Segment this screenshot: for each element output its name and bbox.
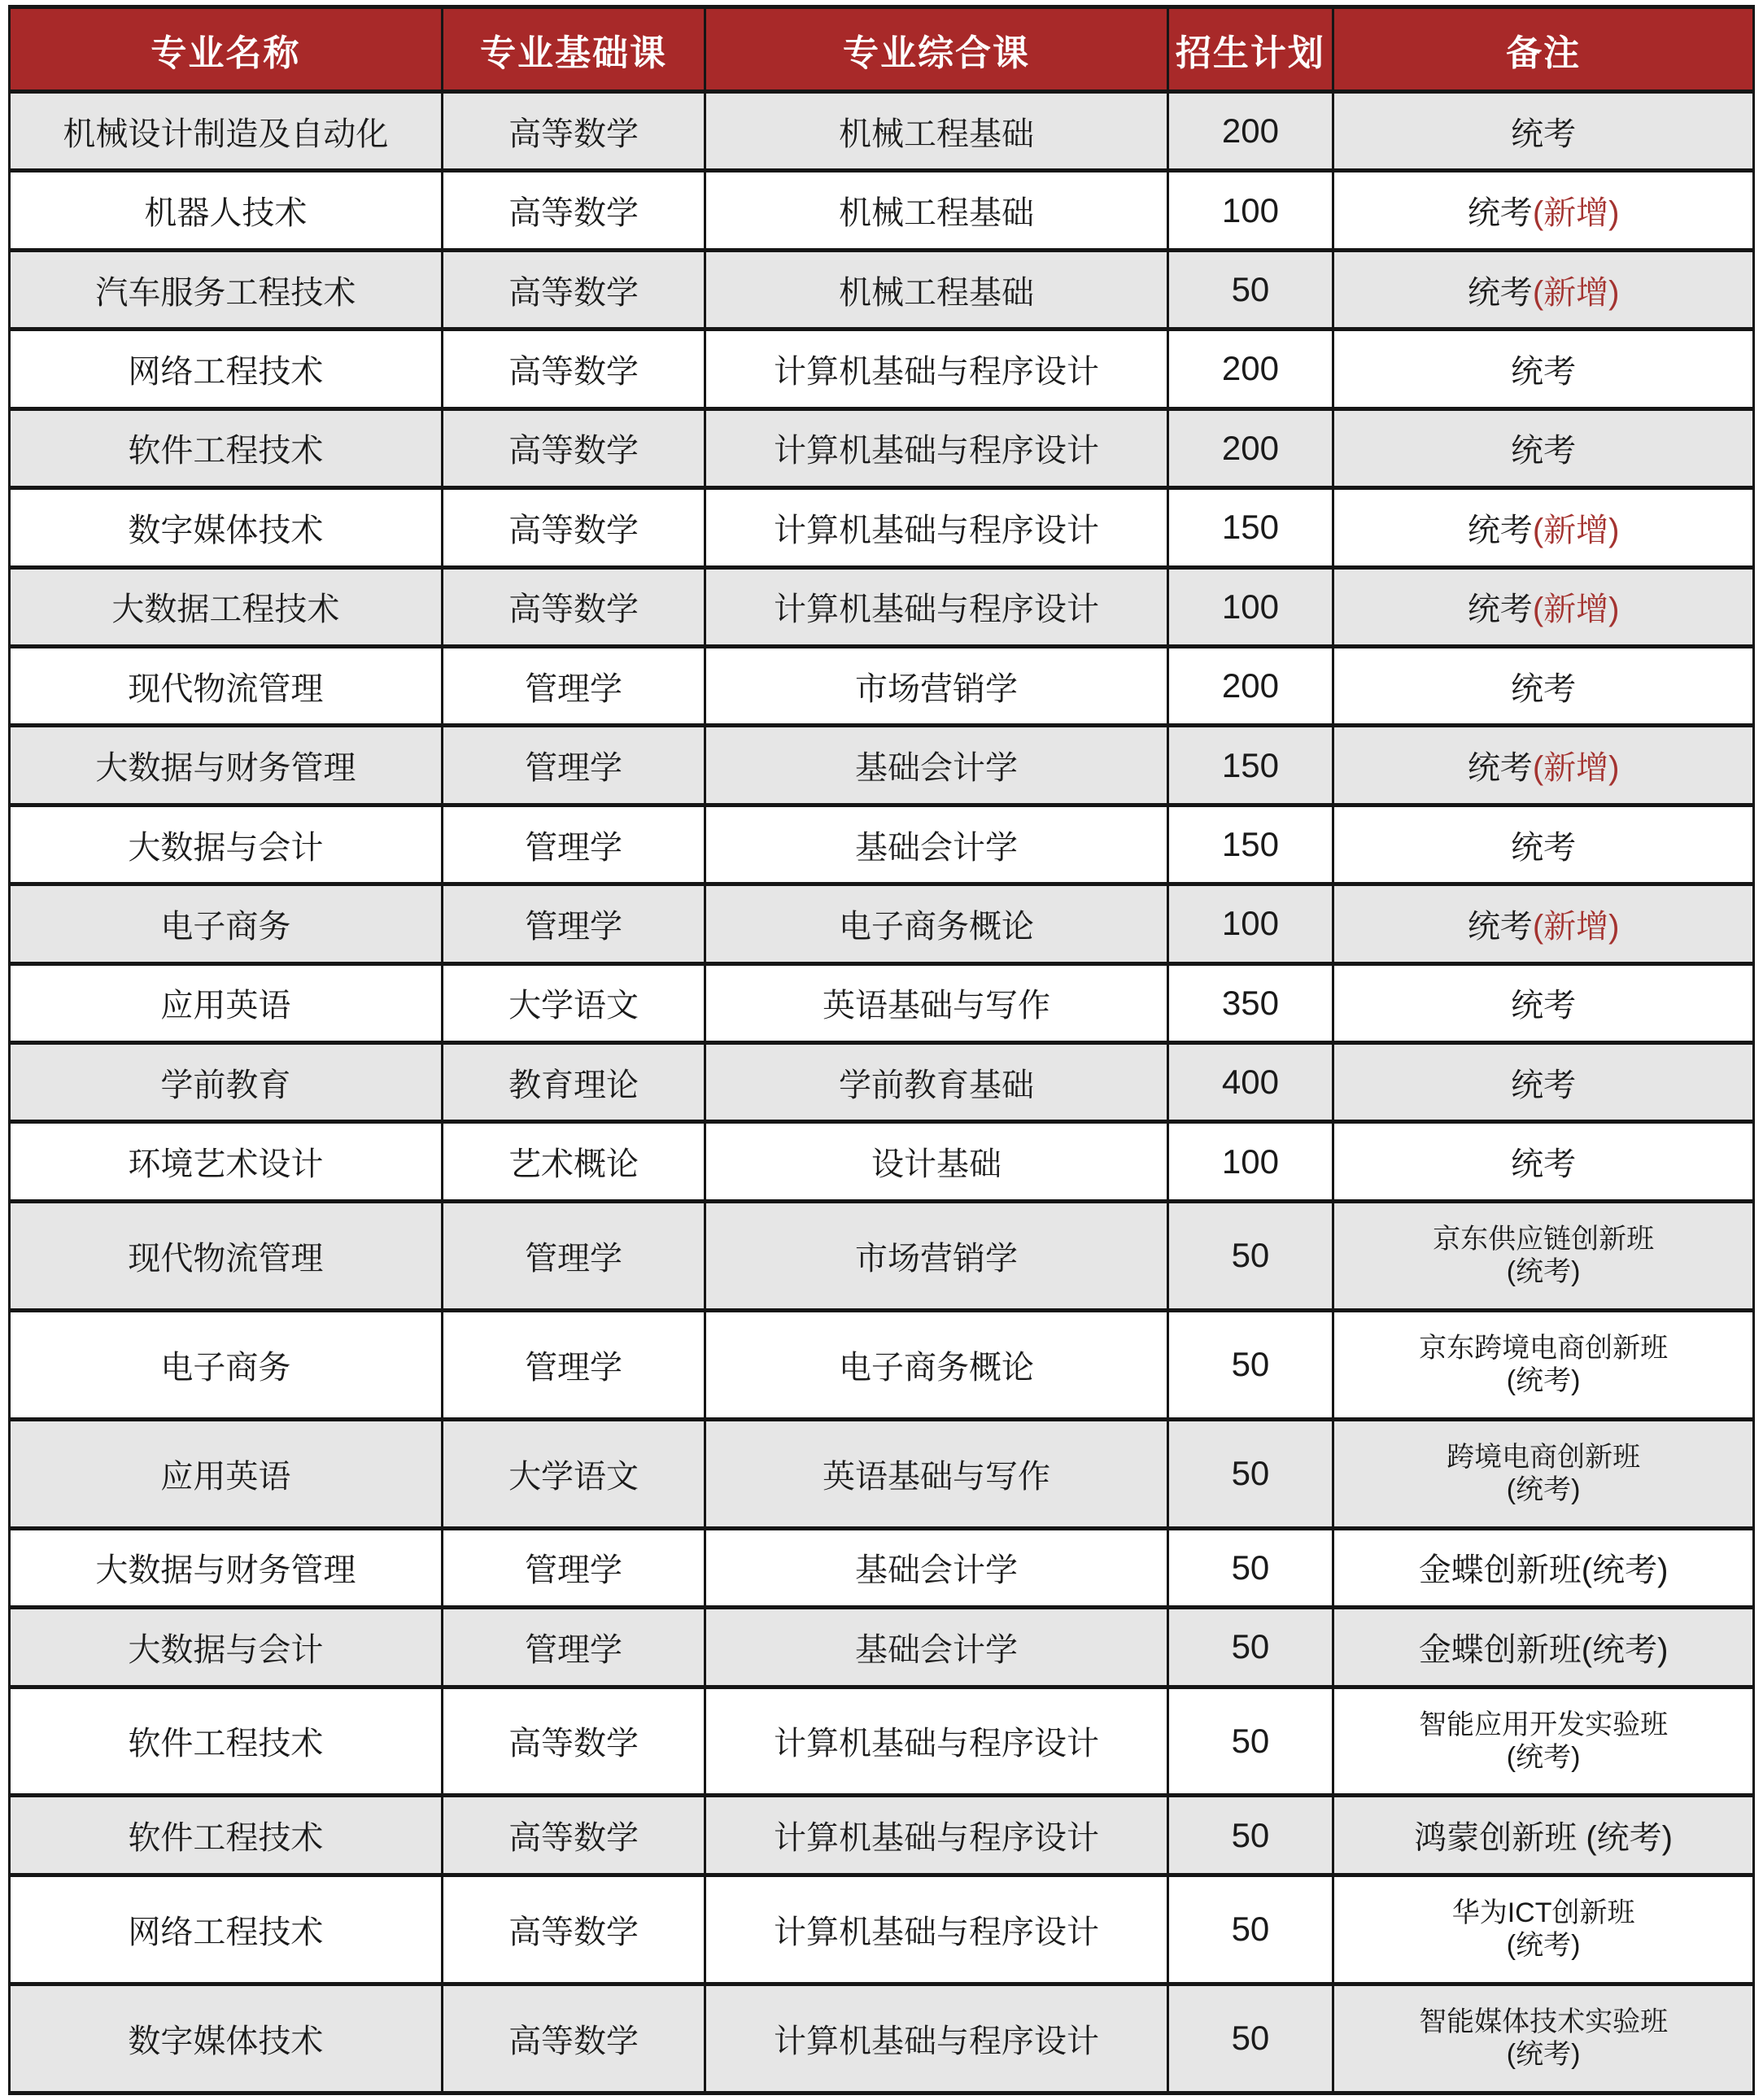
comprehensive-course-cell: 英语基础与写作 xyxy=(705,963,1167,1042)
enrollment-plan-cell: 50 xyxy=(1167,1201,1333,1310)
remark-cell: 统考 xyxy=(1333,646,1754,725)
basic-course-cell: 高等数学 xyxy=(442,330,705,408)
major-name-cell: 软件工程技术 xyxy=(10,1796,443,1875)
remark-text: 统考 xyxy=(1511,1067,1576,1103)
enrollment-plan-cell: 50 xyxy=(1167,250,1333,329)
comprehensive-course-cell: 市场营销学 xyxy=(705,1201,1167,1310)
comprehensive-course-cell: 计算机基础与程序设计 xyxy=(705,1687,1167,1796)
remark-cell: 金蝶创新班(统考) xyxy=(1333,1528,1754,1607)
remark-cell: 统考 xyxy=(1333,963,1754,1042)
major-name-cell: 机械设计制造及自动化 xyxy=(10,92,443,171)
column-header-remarks: 备注 xyxy=(1333,7,1754,92)
remark-new-tag: (新增) xyxy=(1533,909,1620,945)
table-row: 网络工程技术 高等数学 计算机基础与程序设计 50 华为ICT创新班(统考) xyxy=(10,1875,1754,1984)
enrollment-plan-cell: 150 xyxy=(1167,488,1333,567)
major-name-cell: 软件工程技术 xyxy=(10,408,443,487)
table-row: 大数据与会计 管理学 基础会计学 50 金蝶创新班(统考) xyxy=(10,1608,1754,1687)
enrollment-plan-cell: 50 xyxy=(1167,1528,1333,1607)
basic-course-cell: 高等数学 xyxy=(442,1687,705,1796)
major-name-cell: 大数据与会计 xyxy=(10,805,443,884)
remark-text: 统考 xyxy=(1468,195,1533,231)
basic-course-cell: 高等数学 xyxy=(442,1796,705,1875)
comprehensive-course-cell: 基础会计学 xyxy=(705,726,1167,805)
remark-cell: 统考 xyxy=(1333,1122,1754,1201)
comprehensive-course-cell: 计算机基础与程序设计 xyxy=(705,1796,1167,1875)
major-name-cell: 大数据与会计 xyxy=(10,1608,443,1687)
basic-course-cell: 高等数学 xyxy=(442,92,705,171)
major-name-cell: 学前教育 xyxy=(10,1043,443,1122)
enrollment-plan-cell: 200 xyxy=(1167,330,1333,408)
table-row: 软件工程技术 高等数学 计算机基础与程序设计 200 统考 xyxy=(10,408,1754,487)
comprehensive-course-cell: 计算机基础与程序设计 xyxy=(705,1984,1167,2093)
enrollment-plan-cell: 50 xyxy=(1167,1687,1333,1796)
table-row: 机器人技术 高等数学 机械工程基础 100 统考(新增) xyxy=(10,171,1754,250)
remark-text: 统考 xyxy=(1468,513,1533,548)
remark-cell: 统考 xyxy=(1333,92,1754,171)
comprehensive-course-cell: 基础会计学 xyxy=(705,1608,1167,1687)
comprehensive-course-cell: 计算机基础与程序设计 xyxy=(705,1875,1167,1984)
basic-course-cell: 管理学 xyxy=(442,884,705,963)
basic-course-cell: 高等数学 xyxy=(442,250,705,329)
major-name-cell: 机器人技术 xyxy=(10,171,443,250)
comprehensive-course-cell: 计算机基础与程序设计 xyxy=(705,488,1167,567)
remark-cell: 统考(新增) xyxy=(1333,726,1754,805)
remark-cell: 统考(新增) xyxy=(1333,250,1754,329)
comprehensive-course-cell: 计算机基础与程序设计 xyxy=(705,408,1167,487)
enrollment-plan-cell: 50 xyxy=(1167,1875,1333,1984)
enrollment-plan-cell: 200 xyxy=(1167,408,1333,487)
major-name-cell: 网络工程技术 xyxy=(10,330,443,408)
remark-text: 京东供应链创新班 xyxy=(1433,1224,1654,1255)
remark-cell: 统考 xyxy=(1333,330,1754,408)
table-row: 现代物流管理 管理学 市场营销学 200 统考 xyxy=(10,646,1754,725)
table-row: 软件工程技术 高等数学 计算机基础与程序设计 50 智能应用开发实验班(统考) xyxy=(10,1687,1754,1796)
remark-text: 智能媒体技术实验班 xyxy=(1419,2006,1668,2037)
major-name-cell: 大数据与财务管理 xyxy=(10,1528,443,1607)
remark-cell: 统考(新增) xyxy=(1333,567,1754,646)
table-row: 汽车服务工程技术 高等数学 机械工程基础 50 统考(新增) xyxy=(10,250,1754,329)
remark-second-line: (统考) xyxy=(1339,1741,1748,1774)
comprehensive-course-cell: 基础会计学 xyxy=(705,805,1167,884)
comprehensive-course-cell: 电子商务概论 xyxy=(705,884,1167,963)
table-row: 大数据与财务管理 管理学 基础会计学 50 金蝶创新班(统考) xyxy=(10,1528,1754,1607)
comprehensive-course-cell: 计算机基础与程序设计 xyxy=(705,330,1167,408)
major-name-cell: 电子商务 xyxy=(10,884,443,963)
remark-new-tag: (新增) xyxy=(1533,275,1620,311)
comprehensive-course-cell: 设计基础 xyxy=(705,1122,1167,1201)
major-name-cell: 网络工程技术 xyxy=(10,1875,443,1984)
table-row: 电子商务 管理学 电子商务概论 100 统考(新增) xyxy=(10,884,1754,963)
remark-text: 跨境电商创新班 xyxy=(1447,1442,1640,1473)
basic-course-cell: 管理学 xyxy=(442,646,705,725)
basic-course-cell: 艺术概论 xyxy=(442,1122,705,1201)
remark-text: 华为ICT创新班 xyxy=(1452,1897,1635,1928)
table-row: 电子商务 管理学 电子商务概论 50 京东跨境电商创新班(统考) xyxy=(10,1310,1754,1419)
remark-cell: 智能应用开发实验班(统考) xyxy=(1333,1687,1754,1796)
basic-course-cell: 高等数学 xyxy=(442,408,705,487)
remark-text: 金蝶创新班(统考) xyxy=(1419,1552,1669,1588)
comprehensive-course-cell: 机械工程基础 xyxy=(705,92,1167,171)
comprehensive-course-cell: 基础会计学 xyxy=(705,1528,1167,1607)
column-header-basic-course: 专业基础课 xyxy=(442,7,705,92)
remark-cell: 统考 xyxy=(1333,1043,1754,1122)
remark-second-line: (统考) xyxy=(1339,1364,1748,1397)
table-row: 网络工程技术 高等数学 计算机基础与程序设计 200 统考 xyxy=(10,330,1754,408)
comprehensive-course-cell: 计算机基础与程序设计 xyxy=(705,567,1167,646)
table-row: 应用英语 大学语文 英语基础与写作 50 跨境电商创新班(统考) xyxy=(10,1419,1754,1528)
remark-cell: 统考(新增) xyxy=(1333,488,1754,567)
remark-cell: 统考 xyxy=(1333,805,1754,884)
table-row: 大数据与会计 管理学 基础会计学 150 统考 xyxy=(10,805,1754,884)
table-header: 专业名称 专业基础课 专业综合课 招生计划 备注 xyxy=(10,7,1754,92)
major-name-cell: 环境艺术设计 xyxy=(10,1122,443,1201)
remark-second-line: (统考) xyxy=(1339,1255,1748,1288)
remark-second-line: (统考) xyxy=(1339,2038,1748,2071)
comprehensive-course-cell: 市场营销学 xyxy=(705,646,1167,725)
table-row: 数字媒体技术 高等数学 计算机基础与程序设计 150 统考(新增) xyxy=(10,488,1754,567)
basic-course-cell: 高等数学 xyxy=(442,1984,705,2093)
basic-course-cell: 高等数学 xyxy=(442,488,705,567)
enrollment-plan-cell: 100 xyxy=(1167,567,1333,646)
remark-text: 统考 xyxy=(1468,750,1533,786)
enrollment-plan-cell: 150 xyxy=(1167,805,1333,884)
basic-course-cell: 管理学 xyxy=(442,805,705,884)
remark-cell: 鸿蒙创新班 (统考) xyxy=(1333,1796,1754,1875)
major-name-cell: 应用英语 xyxy=(10,963,443,1042)
table-row: 应用英语 大学语文 英语基础与写作 350 统考 xyxy=(10,963,1754,1042)
table-row: 环境艺术设计 艺术概论 设计基础 100 统考 xyxy=(10,1122,1754,1201)
remark-text: 统考 xyxy=(1468,592,1533,627)
remark-cell: 京东跨境电商创新班(统考) xyxy=(1333,1310,1754,1419)
enrollment-plan-cell: 200 xyxy=(1167,92,1333,171)
remark-second-line: (统考) xyxy=(1339,1473,1748,1506)
remark-cell: 统考 xyxy=(1333,408,1754,487)
remark-cell: 统考(新增) xyxy=(1333,171,1754,250)
table-row: 大数据与财务管理 管理学 基础会计学 150 统考(新增) xyxy=(10,726,1754,805)
enrollment-plan-cell: 50 xyxy=(1167,1419,1333,1528)
basic-course-cell: 管理学 xyxy=(442,1608,705,1687)
major-name-cell: 大数据与财务管理 xyxy=(10,726,443,805)
major-name-cell: 汽车服务工程技术 xyxy=(10,250,443,329)
table-row: 机械设计制造及自动化 高等数学 机械工程基础 200 统考 xyxy=(10,92,1754,171)
major-name-cell: 数字媒体技术 xyxy=(10,1984,443,2093)
enrollment-plan-cell: 400 xyxy=(1167,1043,1333,1122)
major-name-cell: 电子商务 xyxy=(10,1310,443,1419)
basic-course-cell: 管理学 xyxy=(442,726,705,805)
remark-cell: 智能媒体技术实验班(统考) xyxy=(1333,1984,1754,2093)
major-name-cell: 软件工程技术 xyxy=(10,1687,443,1796)
column-header-enrollment-plan: 招生计划 xyxy=(1167,7,1333,92)
major-name-cell: 现代物流管理 xyxy=(10,646,443,725)
remark-text: 智能应用开发实验班 xyxy=(1419,1709,1668,1740)
table-row: 学前教育 教育理论 学前教育基础 400 统考 xyxy=(10,1043,1754,1122)
remark-text: 统考 xyxy=(1511,830,1576,866)
enrollment-plan-cell: 100 xyxy=(1167,884,1333,963)
comprehensive-course-cell: 学前教育基础 xyxy=(705,1043,1167,1122)
enrollment-plan-cell: 150 xyxy=(1167,726,1333,805)
major-name-cell: 大数据工程技术 xyxy=(10,567,443,646)
enrollment-plan-cell: 100 xyxy=(1167,171,1333,250)
remark-text: 统考 xyxy=(1511,1146,1576,1182)
remark-cell: 京东供应链创新班(统考) xyxy=(1333,1201,1754,1310)
remark-new-tag: (新增) xyxy=(1533,750,1620,786)
basic-course-cell: 管理学 xyxy=(442,1201,705,1310)
column-header-comprehensive-course: 专业综合课 xyxy=(705,7,1167,92)
comprehensive-course-cell: 机械工程基础 xyxy=(705,171,1167,250)
remark-text: 统考 xyxy=(1511,433,1576,469)
admissions-table: 专业名称 专业基础课 专业综合课 招生计划 备注 机械设计制造及自动化 高等数学… xyxy=(8,5,1755,2095)
enrollment-plan-cell: 100 xyxy=(1167,1122,1333,1201)
table-row: 数字媒体技术 高等数学 计算机基础与程序设计 50 智能媒体技术实验班(统考) xyxy=(10,1984,1754,2093)
remark-text: 鸿蒙创新班 (统考) xyxy=(1414,1820,1673,1856)
enrollment-plan-cell: 50 xyxy=(1167,1310,1333,1419)
table-body: 机械设计制造及自动化 高等数学 机械工程基础 200 统考 机器人技术 高等数学… xyxy=(10,92,1754,2093)
remark-second-line: (统考) xyxy=(1339,1929,1748,1962)
table-row: 大数据工程技术 高等数学 计算机基础与程序设计 100 统考(新增) xyxy=(10,567,1754,646)
basic-course-cell: 管理学 xyxy=(442,1310,705,1419)
basic-course-cell: 管理学 xyxy=(442,1528,705,1607)
basic-course-cell: 大学语文 xyxy=(442,1419,705,1528)
comprehensive-course-cell: 机械工程基础 xyxy=(705,250,1167,329)
comprehensive-course-cell: 电子商务概论 xyxy=(705,1310,1167,1419)
remark-text: 统考 xyxy=(1511,988,1576,1024)
enrollment-plan-cell: 200 xyxy=(1167,646,1333,725)
major-name-cell: 数字媒体技术 xyxy=(10,488,443,567)
basic-course-cell: 高等数学 xyxy=(442,1875,705,1984)
enrollment-plan-cell: 350 xyxy=(1167,963,1333,1042)
remark-cell: 华为ICT创新班(统考) xyxy=(1333,1875,1754,1984)
column-header-major: 专业名称 xyxy=(10,7,443,92)
enrollment-plan-cell: 50 xyxy=(1167,1608,1333,1687)
remark-cell: 统考(新增) xyxy=(1333,884,1754,963)
enrollment-plan-cell: 50 xyxy=(1167,1796,1333,1875)
basic-course-cell: 高等数学 xyxy=(442,567,705,646)
remark-text: 统考 xyxy=(1511,354,1576,390)
basic-course-cell: 高等数学 xyxy=(442,171,705,250)
major-name-cell: 应用英语 xyxy=(10,1419,443,1528)
basic-course-cell: 教育理论 xyxy=(442,1043,705,1122)
remark-text: 金蝶创新班(统考) xyxy=(1419,1632,1669,1668)
remark-new-tag: (新增) xyxy=(1533,592,1620,627)
header-row: 专业名称 专业基础课 专业综合课 招生计划 备注 xyxy=(10,7,1754,92)
table-row: 软件工程技术 高等数学 计算机基础与程序设计 50 鸿蒙创新班 (统考) xyxy=(10,1796,1754,1875)
remark-cell: 跨境电商创新班(统考) xyxy=(1333,1419,1754,1528)
enrollment-plan-cell: 50 xyxy=(1167,1984,1333,2093)
remark-new-tag: (新增) xyxy=(1533,513,1620,548)
table-row: 现代物流管理 管理学 市场营销学 50 京东供应链创新班(统考) xyxy=(10,1201,1754,1310)
remark-text: 统考 xyxy=(1511,671,1576,707)
basic-course-cell: 大学语文 xyxy=(442,963,705,1042)
remark-cell: 金蝶创新班(统考) xyxy=(1333,1608,1754,1687)
remark-text: 统考 xyxy=(1511,116,1576,152)
remark-text: 统考 xyxy=(1468,275,1533,311)
comprehensive-course-cell: 英语基础与写作 xyxy=(705,1419,1167,1528)
remark-new-tag: (新增) xyxy=(1533,195,1620,231)
remark-text: 京东跨境电商创新班 xyxy=(1419,1333,1668,1364)
remark-text: 统考 xyxy=(1468,909,1533,945)
major-name-cell: 现代物流管理 xyxy=(10,1201,443,1310)
